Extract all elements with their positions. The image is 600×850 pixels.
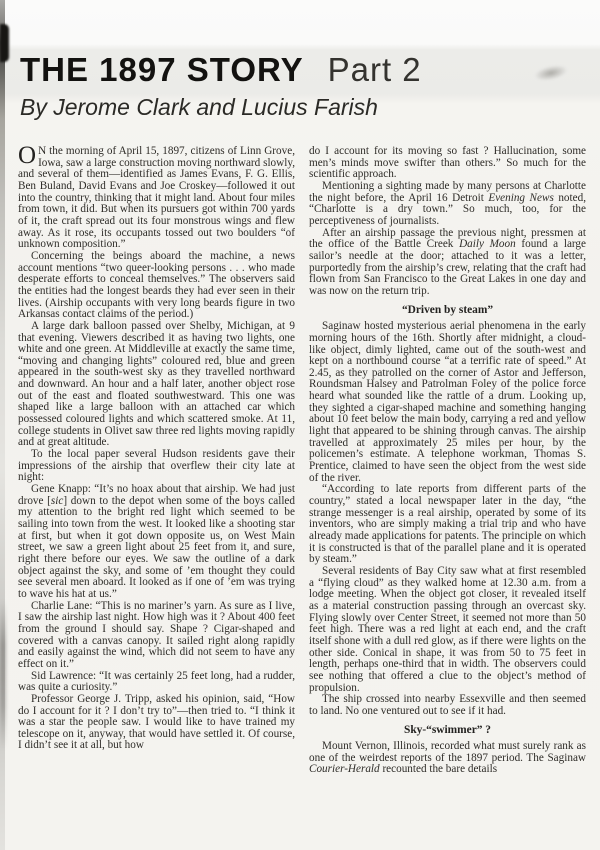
title-part-label: Part 2 — [328, 51, 422, 88]
paragraph: Concerning the beings aboard the machine… — [18, 251, 295, 321]
paragraph: Charlie Lane: “This is no mariner’s yarn… — [18, 601, 295, 671]
paragraph: Sid Lawrence: “It was certainly 25 feet … — [18, 671, 295, 694]
article-body: ON the morning of April 15, 1897, citize… — [18, 146, 586, 776]
byline: By Jerome Clark and Lucius Farish — [20, 94, 580, 120]
drop-cap: O — [18, 146, 38, 166]
paragraph: ON the morning of April 15, 1897, citize… — [18, 146, 295, 251]
article-header: THE 1897 STORYPart 2 By Jerome Clark and… — [20, 52, 580, 120]
paragraph: To the local paper several Hudson reside… — [18, 449, 295, 484]
subheading: Sky-“swimmer” ? — [309, 725, 586, 737]
page-title: THE 1897 STORYPart 2 — [20, 52, 580, 88]
scan-edge-mark — [0, 24, 9, 62]
paragraph: Mount Vernon, Illinois, recorded what mu… — [309, 741, 586, 776]
paragraph: Several residents of Bay City saw what a… — [309, 566, 586, 694]
scan-edge-smear — [0, 600, 6, 750]
subheading: “Driven by steam” — [309, 305, 586, 317]
paragraph: A large dark balloon passed over Shelby,… — [18, 321, 295, 449]
title-main: THE 1897 STORY — [20, 51, 304, 88]
paragraph: The ship crossed into nearby Essexville … — [309, 694, 586, 717]
paragraph: do I account for its moving so fast ? Ha… — [309, 146, 586, 181]
paragraph: Saginaw hosted mysterious aerial phenome… — [309, 321, 586, 484]
paragraph: Mentioning a sighting made by many perso… — [309, 181, 586, 228]
right-column: do I account for its moving so fast ? Ha… — [309, 146, 586, 776]
paragraph: Professor George J. Tripp, asked his opi… — [18, 694, 295, 752]
paragraph: Gene Knapp: “It’s no hoax about that air… — [18, 484, 295, 601]
paragraph: “According to late reports from differen… — [309, 484, 586, 566]
left-column: ON the morning of April 15, 1897, citize… — [18, 146, 295, 776]
scanned-magazine-page: THE 1897 STORYPart 2 By Jerome Clark and… — [0, 0, 600, 850]
paragraph: After an airship passage the previous ni… — [309, 228, 586, 298]
